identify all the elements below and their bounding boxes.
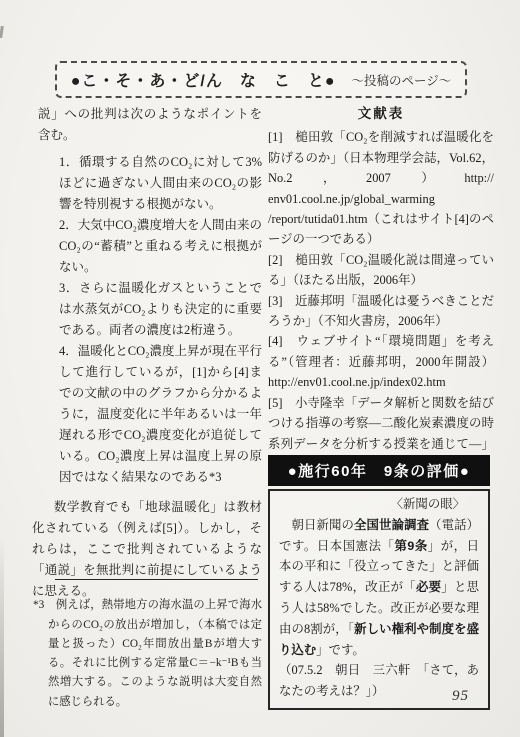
footnote-text: *3 例えば，熱帯地方の海水温の上昇で海水からのCO₂の放出が増加し，（本稿では… — [33, 596, 262, 712]
scanned-page: ●こ・そ・あ・ど/ん な こ と● ～投稿のページ～ 説」への批判は次のようなポ… — [0, 0, 520, 737]
bibliography-entry-3: [3] 近藤邦明「温暖化は憂うべきことだろうか」（不知火書房，2006年） — [268, 291, 494, 332]
closing-paragraph: 数学教育でも「地球温暖化」は教材化されている（例えば[5]）。しかし，それらは，… — [32, 497, 262, 602]
intro-paragraph: 説」への批判は次のようなポイントを含む。 — [32, 104, 262, 146]
bibliography-heading: 文献表 — [268, 104, 494, 124]
right-column: 文献表 [1] 槌田敦「CO₂を削減すれば温暖化を防げるのか」（日本物理学会誌，… — [268, 104, 494, 474]
survey-source-label: 〈新聞の眼〉 — [279, 494, 479, 515]
scan-edge-shadow — [0, 535, 4, 737]
bibliography-entry-2: [2] 槌田敦「CO₂温暖化説は間違っている」（ほたる出版，2006年） — [268, 250, 494, 291]
survey-caption: （07.5.2 朝日 三六軒 「さて，あなたの考えは？」） — [279, 660, 479, 702]
critique-point-1: 1．循環する自然のCO₂に対して3%ほどに過ぎない人間由来のCO₂の影響を特別視… — [32, 152, 262, 215]
critique-point-4: 4．温暖化とCO₂濃度上昇が現在平行して進行しているが，[1]から[4]までの文… — [32, 341, 262, 488]
page-header-box: ●こ・そ・あ・ど/ん な こ と● ～投稿のページ～ — [55, 61, 467, 98]
survey-paragraph: 朝日新聞の全国世論調査（電話）です。日本国憲法「第9条」が，日本の平和に「役立っ… — [279, 515, 479, 661]
section-banner: ●施行60年 9条の評価● — [268, 455, 490, 486]
bibliography-entry-4: [4] ウェブサイト“「環境問題」を考える”（管理者：近藤邦明，2000年開設）… — [268, 331, 494, 392]
left-column: 説」への批判は次のようなポイントを含む。 1．循環する自然のCO₂に対して3%ほ… — [32, 104, 262, 602]
page-subtitle: ～投稿のページ～ — [352, 71, 452, 89]
critique-point-2: 2．大気中CO₂濃度増大を人間由来のCO₂の“蓄積”と重ねる考えに根拠がない。 — [32, 215, 262, 278]
scan-edge-smudge — [0, 26, 4, 38]
footnote-divider — [55, 579, 258, 580]
survey-box: 〈新聞の眼〉 朝日新聞の全国世論調査（電話）です。日本国憲法「第9条」が，日本の… — [268, 489, 490, 710]
critique-point-3: 3．さらに温暖化ガスということでは水蒸気がCO₂よりも決定的に重要である。両者の… — [32, 278, 262, 341]
page-number: 95 — [452, 688, 469, 705]
bibliography-entry-1: [1] 槌田敦「CO₂を削減すれば温暖化を防げるのか」（日本物理学会誌，Vol.… — [268, 127, 494, 249]
page-title: ●こ・そ・あ・ど/ん な こ と● — [71, 68, 336, 91]
section-banner-label: ●施行60年 9条の評価● — [288, 460, 471, 481]
